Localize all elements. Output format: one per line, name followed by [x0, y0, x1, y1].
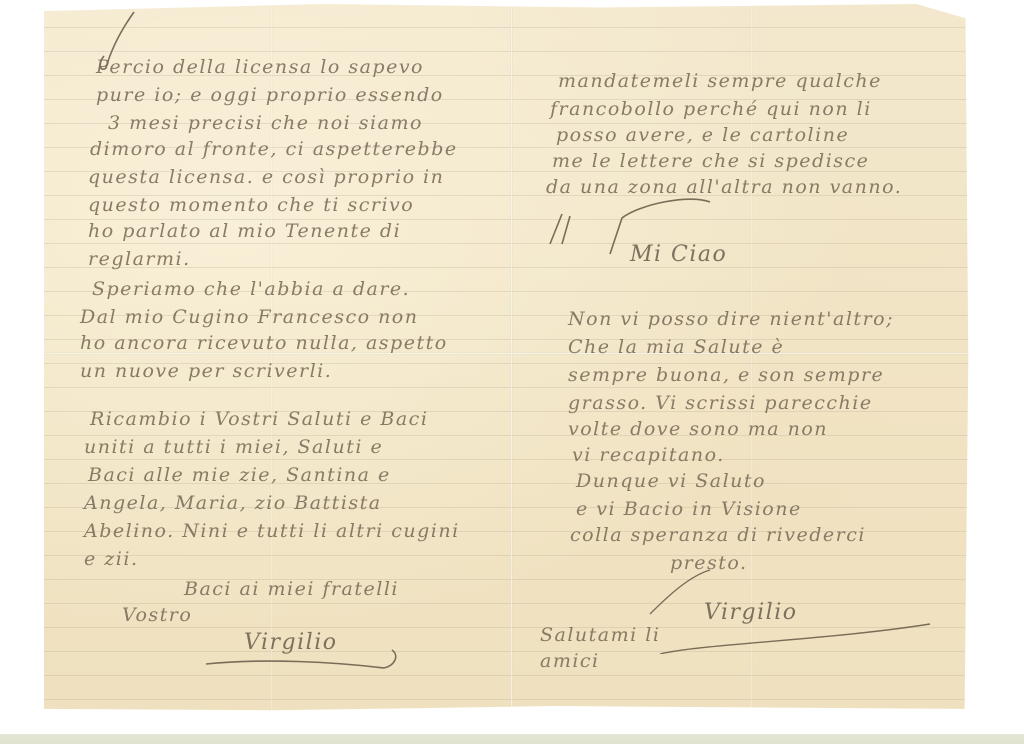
right-line-2: francobollo perché qui non li — [550, 98, 872, 120]
left-line-12: un nuove per scriverli. — [80, 360, 332, 382]
left-line-13: Ricambio i Vostri Saluti e Baci — [90, 408, 428, 430]
left-line-4: dimoro al fronte, ci aspetterebbe — [90, 138, 458, 160]
right-body-line-6: vi recapitano. — [572, 444, 725, 466]
left-line-2: pure io; e oggi proprio essendo — [96, 84, 444, 106]
right-line-4: me le lettere che si spedisce — [552, 150, 869, 172]
right-body-line-2: Che la mia Salute è — [568, 336, 784, 358]
left-line-14: uniti a tutti i miei, Saluti e — [84, 436, 383, 458]
right-body-line-3: sempre buona, e son sempre — [568, 364, 884, 386]
left-line-10: Dal mio Cugino Francesco non — [80, 306, 418, 328]
right-line-3: posso avere, e le cartoline — [556, 124, 849, 146]
left-line-8: reglarmi. — [88, 248, 191, 270]
left-line-15: Baci alle mie zie, Santina e — [88, 464, 391, 486]
right-body-line-5: volte dove sono ma non — [568, 418, 828, 440]
letter-sheet: Percio della licensa lo sapevo pure io; … — [44, 4, 972, 716]
signature-underline-icon — [204, 644, 404, 674]
right-body-line-1: Non vi posso dire nient'altro; — [568, 308, 894, 330]
center-fold — [510, 4, 513, 716]
right-line-1: mandatemeli sempre qualche — [558, 70, 882, 92]
left-line-18: e zii. — [84, 548, 139, 570]
postscript-line-2: amici — [540, 650, 600, 672]
left-line-7: ho parlato al mio Tenente di — [88, 220, 401, 242]
right-body-line-4: grasso. Vi scrissi parecchie — [568, 392, 873, 414]
left-valediction: Vostro — [122, 604, 192, 626]
right-salutation: Mi Ciao — [630, 242, 727, 267]
left-line-6: questo momento che ti scrivo — [88, 194, 414, 216]
left-line-17: Abelino. Nini e tutti li altri cugini — [84, 520, 460, 542]
left-line-5: questa licensa. e così proprio in — [88, 166, 444, 188]
left-line-11: ho ancora ricevuto nulla, aspetto — [80, 332, 448, 354]
postscript-line-1: Salutami li — [540, 624, 660, 646]
left-line-1: Percio della licensa lo sapevo — [96, 56, 424, 78]
right-signature-flourish-icon — [630, 564, 950, 654]
right-body-line-8: e vi Bacio in Visione — [576, 498, 802, 520]
left-line-16: Angela, Maria, zio Battista — [84, 492, 382, 514]
right-body-line-7: Dunque vi Saluto — [576, 470, 766, 492]
left-line-3: 3 mesi precisi che noi siamo — [108, 112, 423, 134]
left-closing: Baci ai miei fratelli — [184, 578, 399, 600]
right-body-line-9: colla speranza di rivederci — [570, 524, 866, 546]
left-line-9: Speriamo che l'abbia a dare. — [92, 278, 410, 300]
